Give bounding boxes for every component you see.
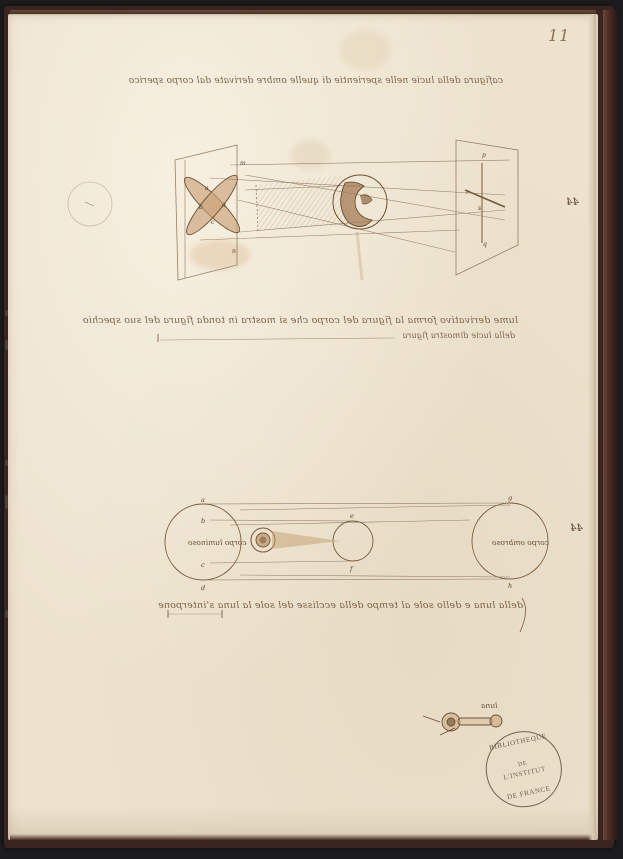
paper-stain (290, 140, 330, 170)
library-stamp: BIBLIOTHEQUE DE L'INSTITUT DE FRANCE (479, 724, 572, 817)
apparatus-label: luna (481, 701, 498, 710)
margin-mark-lower: 44 (570, 523, 583, 534)
right-circle-label: corpo ombroso (492, 538, 549, 547)
margin-mark-upper: 44 (566, 197, 579, 208)
page-bottom-edge (10, 834, 596, 840)
manuscript-viewer: 11 cafigura della lucie nelle sperientie… (0, 0, 623, 859)
folio-number: 11 (548, 26, 570, 45)
left-circle-label: corpo luminoso (188, 538, 246, 547)
binding-edge (603, 10, 617, 840)
caption-1-line-1: lume derivativo forma la figura del corp… (158, 315, 518, 326)
caption-1-line-2: della lucie dimostra figura (405, 331, 515, 340)
page-right-edge (588, 14, 596, 840)
caption-2: della luna e dello sole al tempo della e… (228, 600, 523, 611)
paper-stain (190, 240, 250, 270)
spine-sewing-marks (4, 310, 10, 620)
manuscript-page (8, 14, 598, 840)
paper-stain (340, 30, 390, 70)
page-top-edge (10, 10, 596, 16)
header-script-line: cafigura della lucie nelle sperientie di… (138, 76, 503, 86)
